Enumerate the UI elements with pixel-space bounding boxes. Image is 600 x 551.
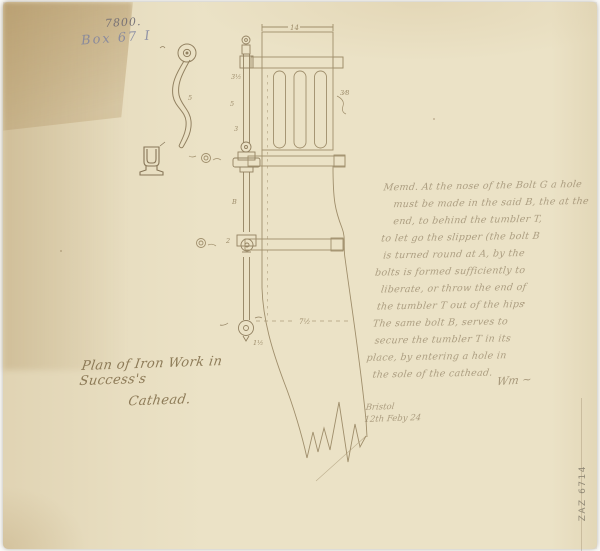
- date-label: 12th Feby 24: [364, 412, 422, 426]
- plan-title: Plan of Iron Work in Success's Cathead.: [75, 353, 257, 411]
- plan-title-line1: Plan of Iron Work in Success's: [78, 353, 257, 389]
- dim-label: 2: [225, 237, 230, 245]
- dim-label: 7½: [299, 318, 310, 326]
- dim-label: 5: [188, 94, 192, 102]
- signature: Wm ~: [496, 373, 532, 389]
- catalog-reference: ZAZ 6714: [578, 465, 588, 521]
- dim-label: B: [231, 198, 237, 206]
- scanned-plan-document: 7800. Box 67 I: [0, 0, 600, 551]
- memorandum-note: Memd. At the nose of the Bolt G a hole m…: [359, 176, 572, 384]
- dim-label: 3½: [231, 73, 241, 81]
- clevis-fitting-drawing: [140, 142, 165, 175]
- dim-label: 5: [230, 100, 234, 108]
- dimension-annotations: 14 3½ 5 3 B 3⁄8 7½ 2 1½ 5: [188, 24, 349, 347]
- eye-bolt-small-drawings: [189, 154, 221, 248]
- cathead-body-drawing: [256, 75, 367, 481]
- cathead-head-drawing: [245, 24, 346, 251]
- securing-bolt-drawing: [220, 36, 262, 341]
- dim-label: 1½: [253, 339, 263, 347]
- dim-top-width: 14: [290, 24, 299, 32]
- dim-label: 3⁄8: [340, 89, 349, 97]
- dim-label: 3: [234, 125, 238, 133]
- place-date-note: Bristol 12th Feby 24: [364, 400, 423, 426]
- memo-line: to let go the slipper (the bolt B: [376, 227, 566, 247]
- paper-sheet: 7800. Box 67 I: [3, 2, 597, 549]
